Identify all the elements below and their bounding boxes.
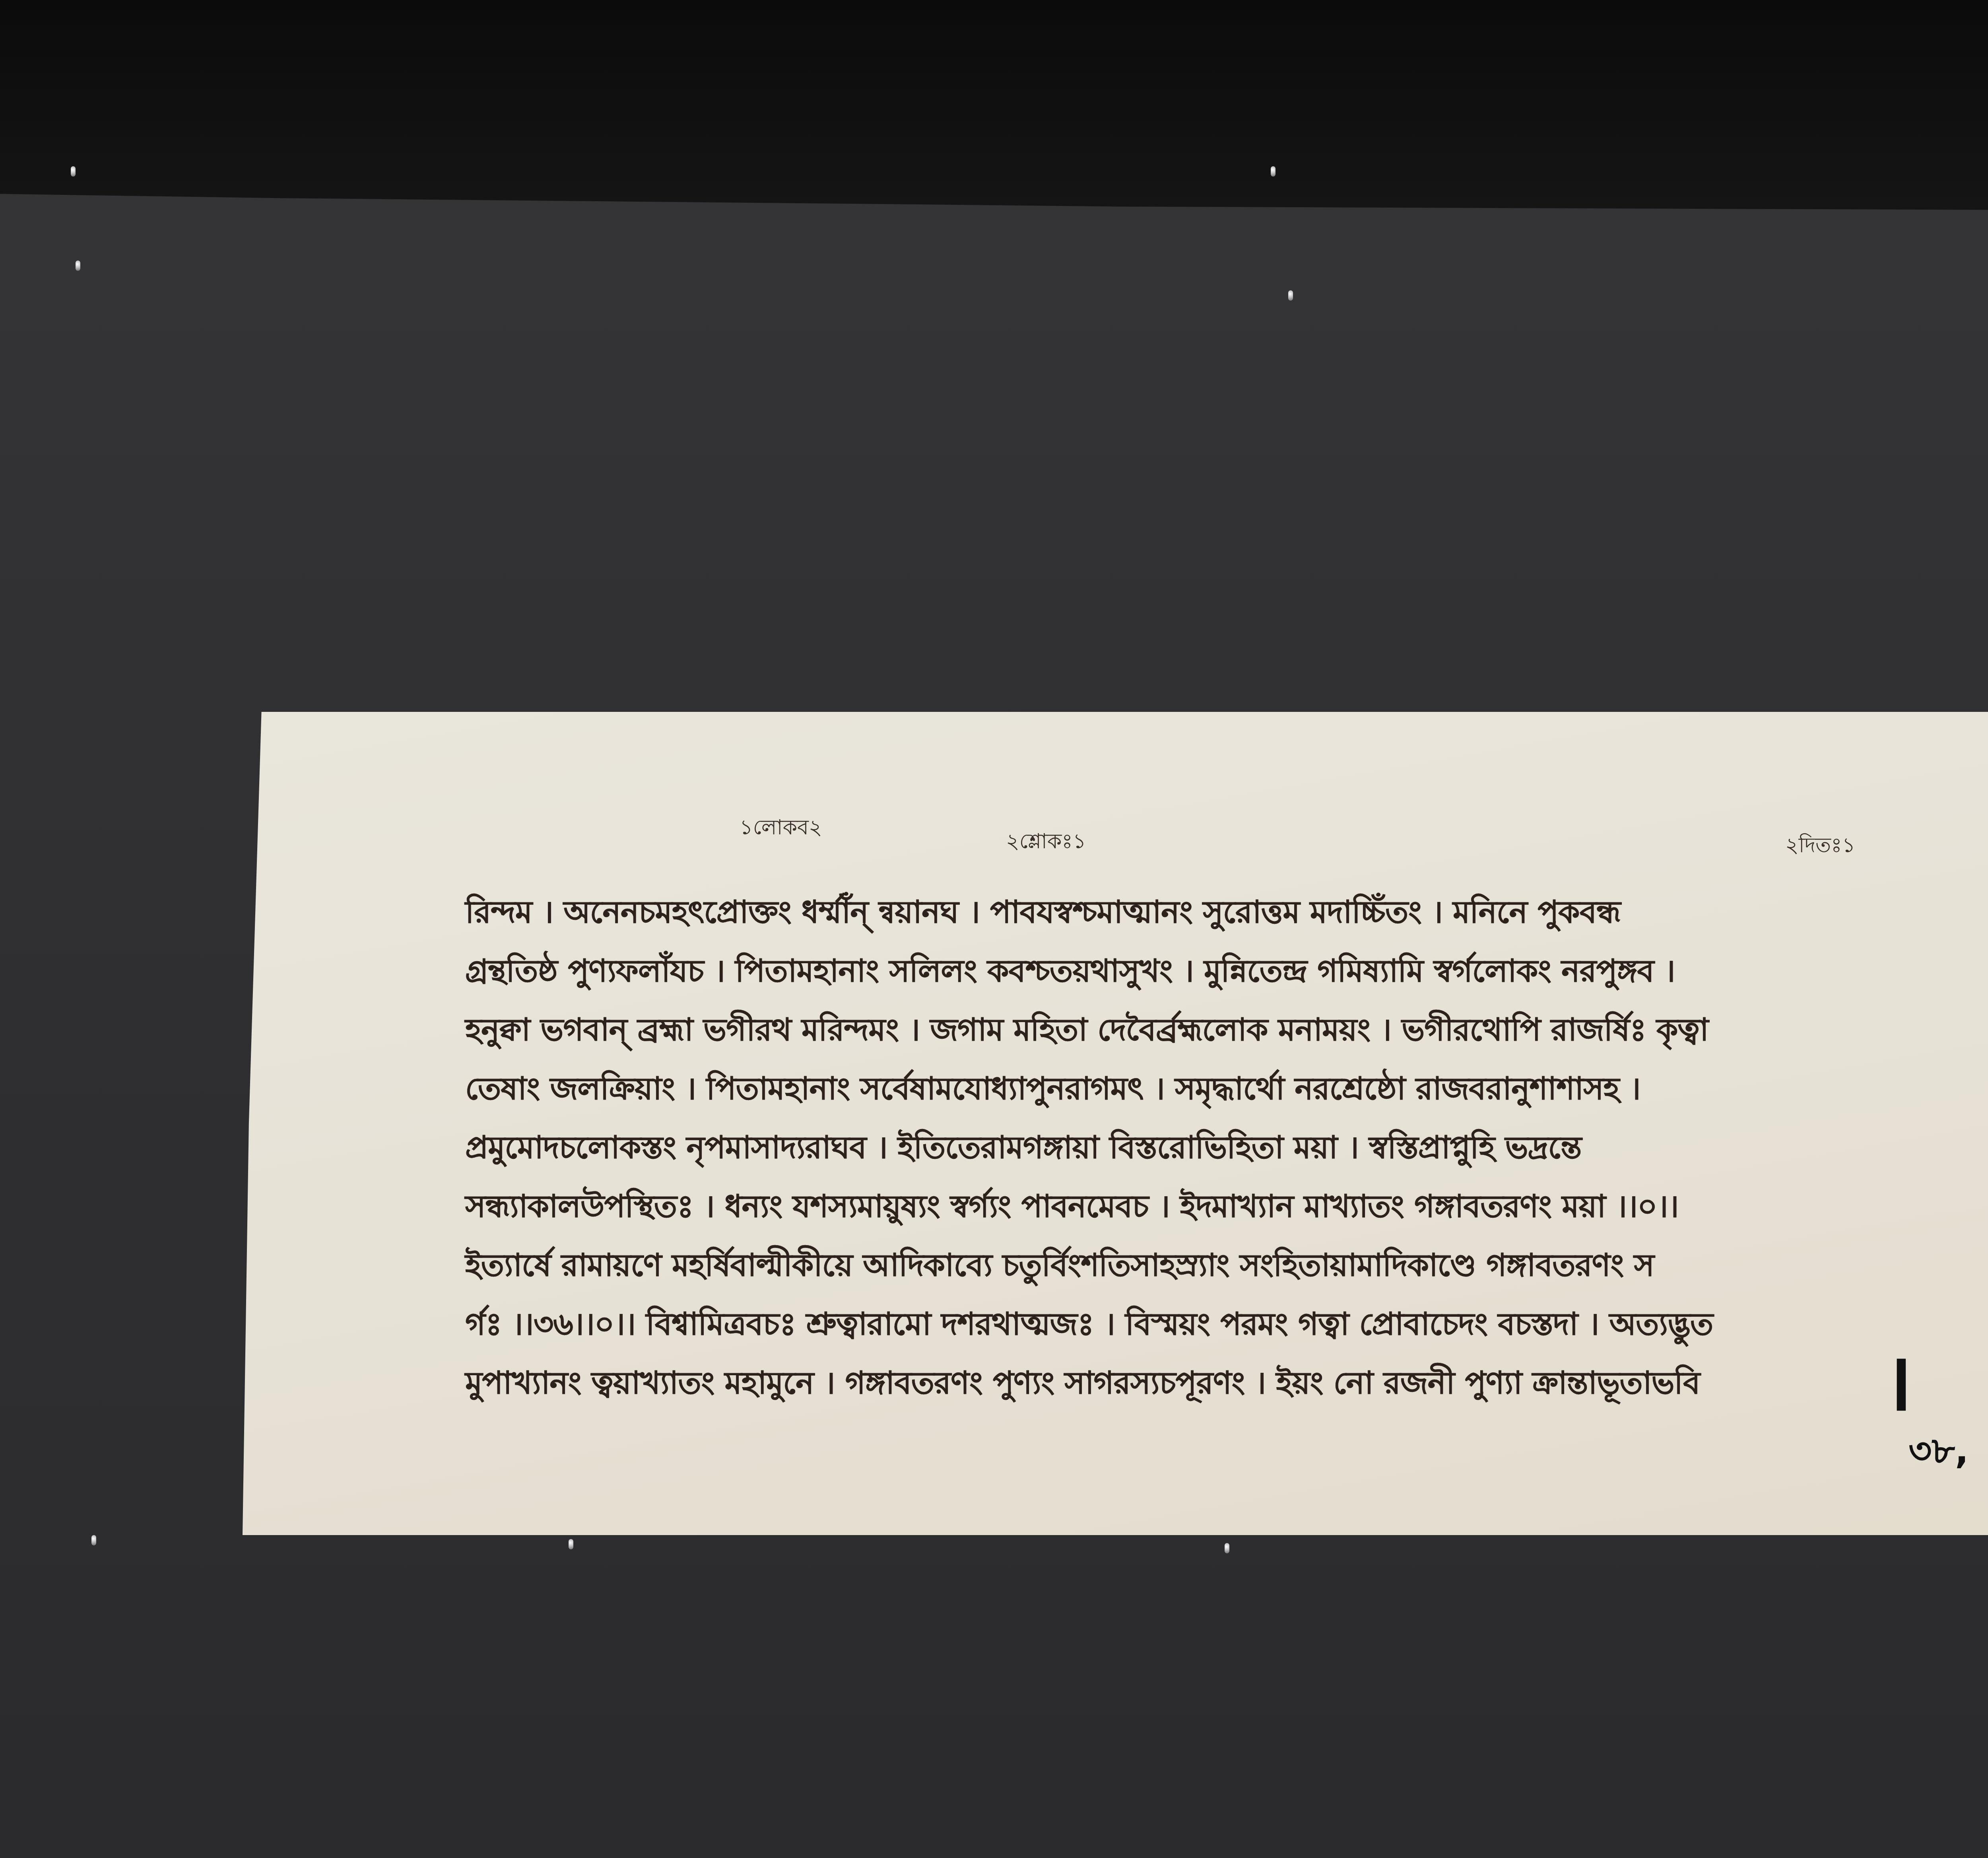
text-line: ইত্যার্ষে রামায়ণে মহর্ষিবাল্মীকীয়ে আদি… bbox=[465, 1236, 1988, 1295]
manuscript-folio: ১লোকব২ ২শ্লোকঃ১ ২দিতঃ১ রিন্দম । অনেনচমহৎ… bbox=[243, 712, 1988, 1535]
folio-number: ৩৮, bbox=[1908, 1424, 1969, 1483]
text-line: মুপাখ্যানং ত্বয়াখ্যাতং মহামুনে । গঙ্গাব… bbox=[465, 1354, 1988, 1413]
pin-icon bbox=[569, 1539, 573, 1549]
text-line: সন্ধ্যাকালউপস্থিতঃ । ধন্যং যশস্যমায়ুষ্য… bbox=[465, 1177, 1988, 1236]
text-line: হনুক্বা ভগবান্‌ ব্রহ্মা ভগীরথ মরিন্দমং ।… bbox=[465, 1001, 1988, 1059]
text-line: প্রমুমোদচলোকস্তং নৃপমাসাদ্যরাঘব । ইতিতের… bbox=[465, 1118, 1988, 1177]
text-line: রিন্দম । অনেনচমহৎপ্রোক্তং ধর্ম্মাঁন্‌ ন্… bbox=[465, 883, 1988, 942]
pin-icon bbox=[71, 166, 76, 177]
pin-icon bbox=[1288, 290, 1293, 301]
pin-icon bbox=[1271, 166, 1276, 177]
text-line: তেষাং জলক্রিয়াং । পিতামহানাং সর্বেষামযো… bbox=[465, 1059, 1988, 1118]
pin-icon bbox=[76, 260, 80, 271]
marginal-heading-left: ১লোকব২ bbox=[740, 811, 822, 846]
marginal-heading-right: ২দিতঃ১ bbox=[1785, 829, 1856, 864]
manuscript-text: রিন্দম । অনেনচমহৎপ্রোক্তং ধর্ম্মাঁন্‌ ন্… bbox=[465, 883, 1988, 1413]
marginal-heading-center: ২শ্লোকঃ১ bbox=[1006, 825, 1086, 860]
text-line: র্গঃ ।।৩৬।।০।। বিশ্বামিত্রবচঃ শ্রুত্বারা… bbox=[465, 1295, 1988, 1354]
text-line: গ্রন্থতিষ্ঠ পুণ্যফলাঁযচ । পিতামহানাং সলি… bbox=[465, 942, 1988, 1001]
pin-icon bbox=[91, 1535, 96, 1545]
background-black-cloth bbox=[0, 0, 1988, 211]
folio-stroke: । bbox=[1883, 1324, 1913, 1433]
pin-icon bbox=[1225, 1543, 1229, 1553]
